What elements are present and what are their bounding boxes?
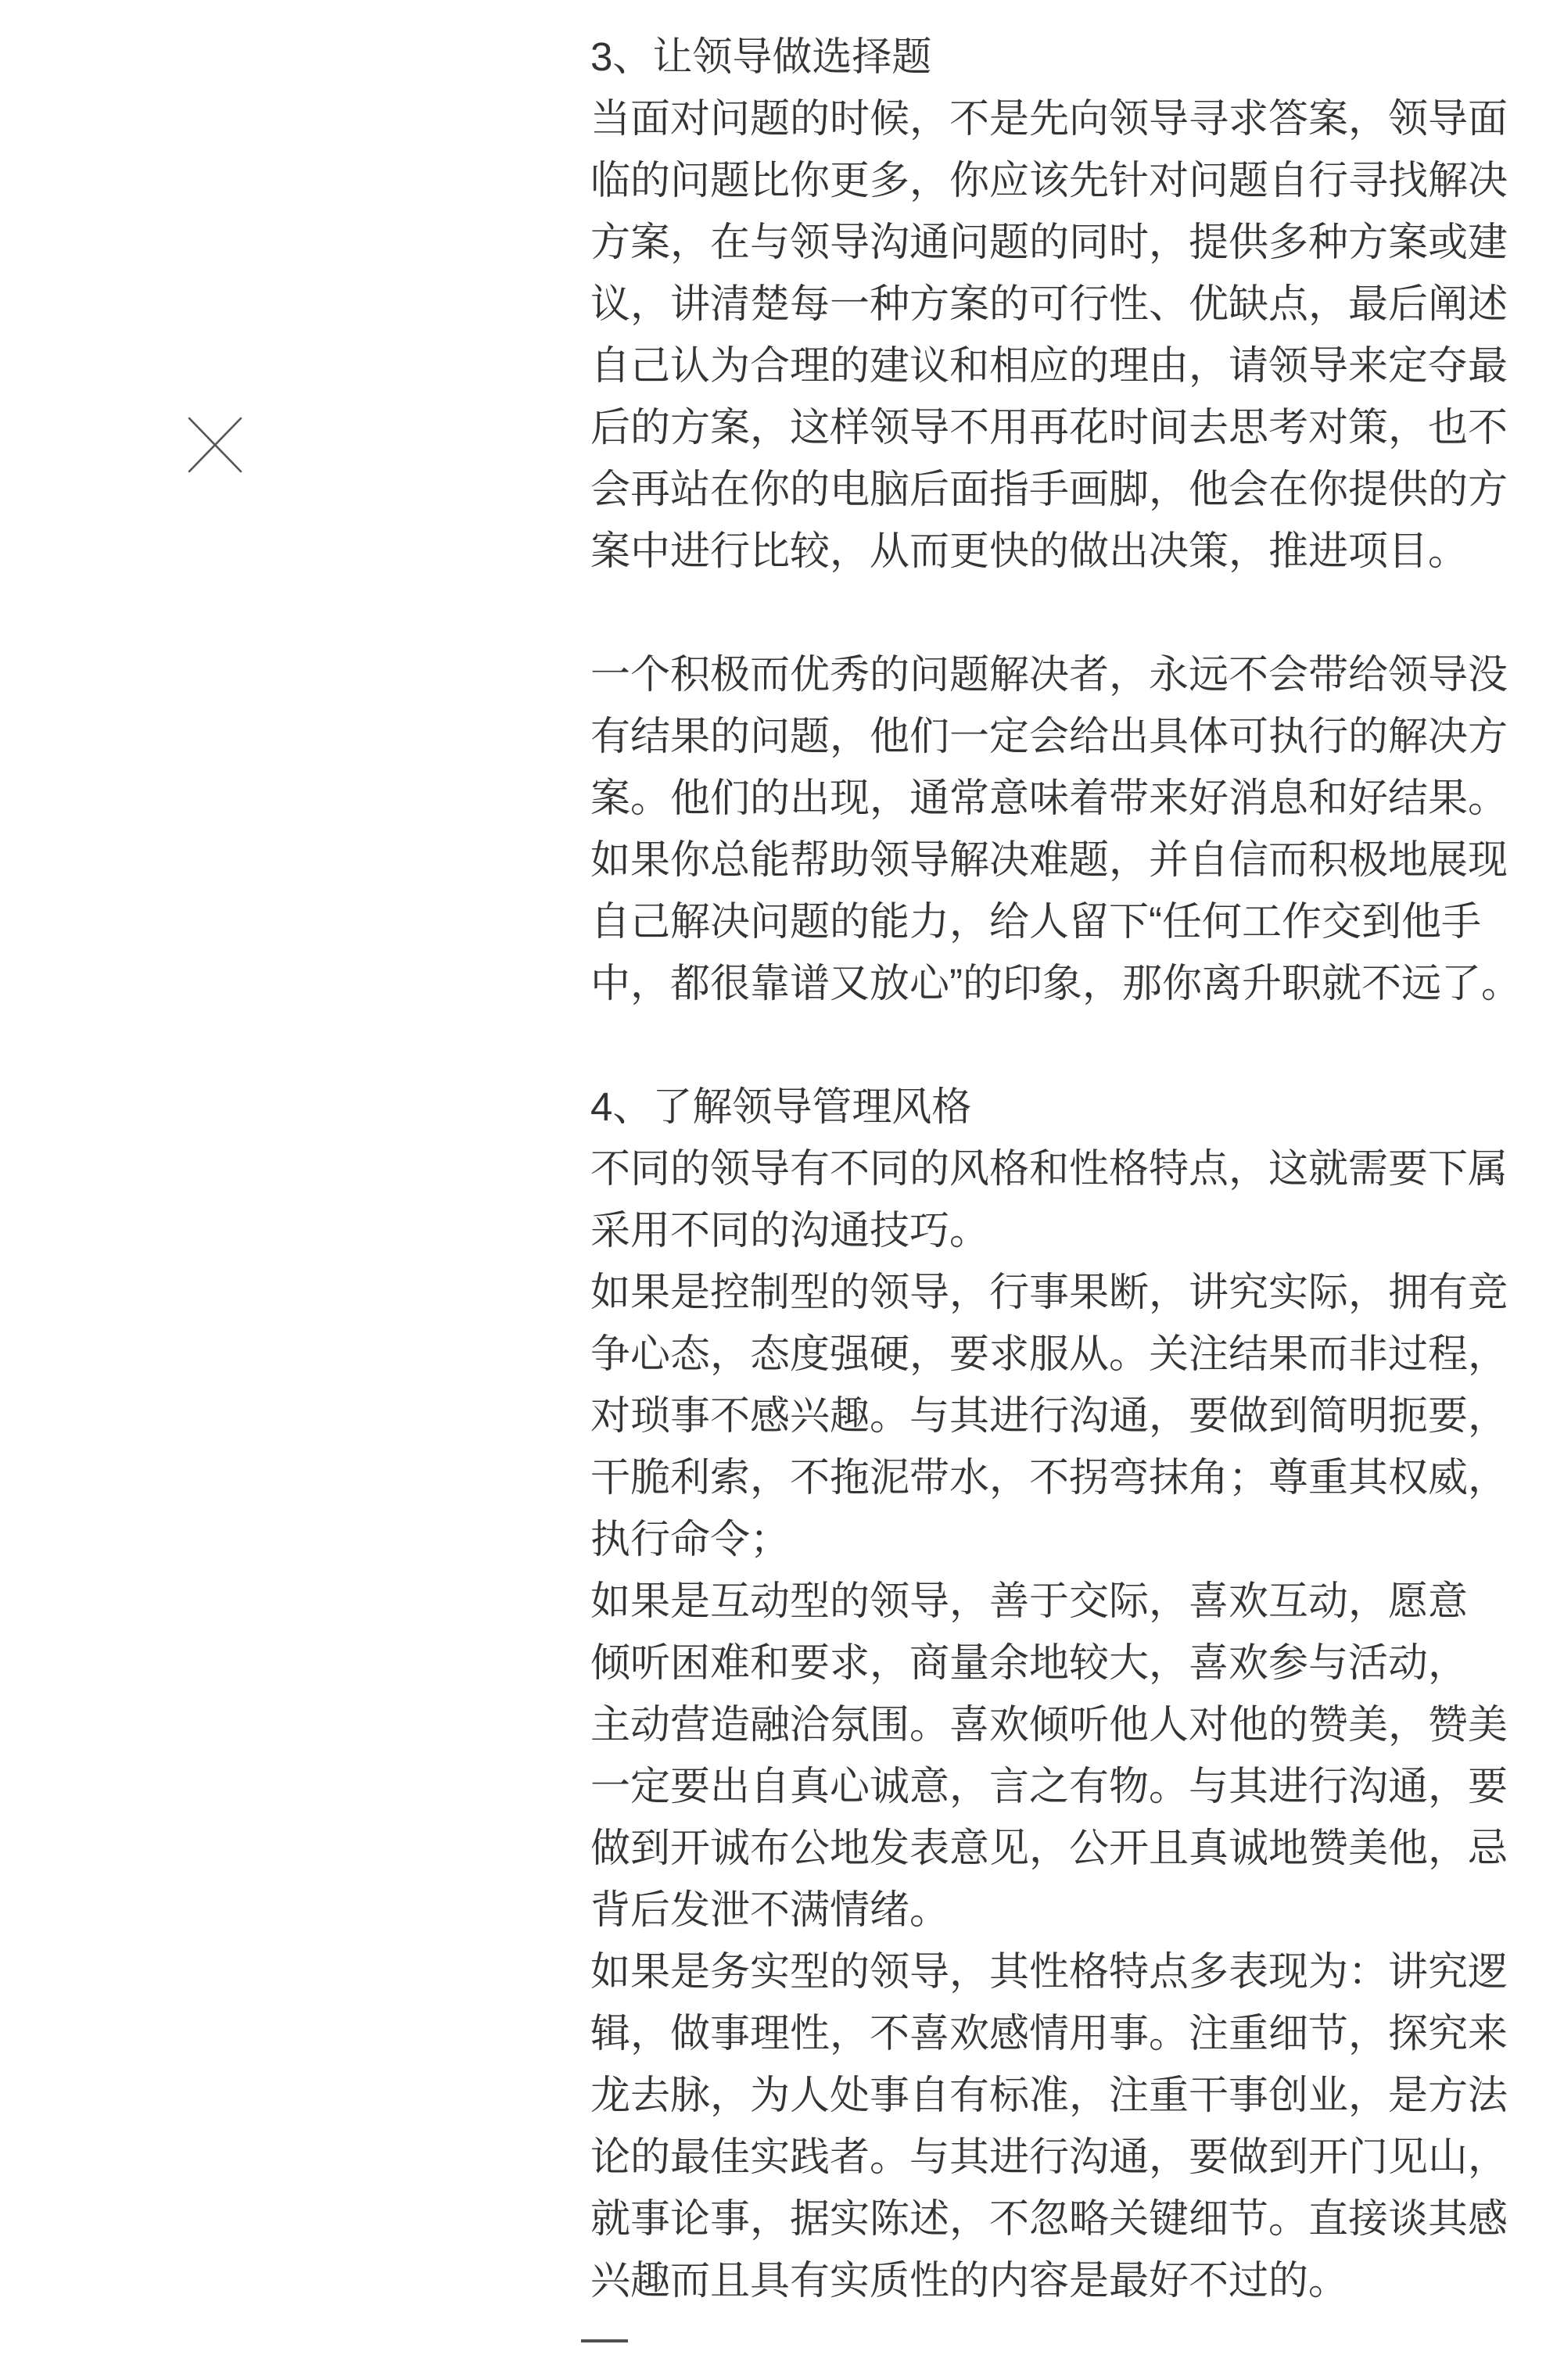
text-line: 辑，做事理性，不喜欢感情用事。注重细节，探究来 (590, 2002, 1521, 2064)
paragraph-gap (590, 1014, 1521, 1076)
text-line: 背后发泄不满情绪。 (590, 1879, 1521, 1941)
text-line: 议，讲清楚每一种方案的可行性、优缺点，最后阐述 (590, 273, 1521, 335)
text-line: 案中进行比较，从而更快的做出决策，推进项目。 (590, 520, 1521, 582)
text-line: 会再站在你的电脑后面指手画脚，他会在你提供的方 (590, 458, 1521, 520)
text-line: 临的问题比你更多，你应该先针对问题自行寻找解决 (590, 149, 1521, 211)
text-line: 干脆利索，不拖泥带水，不拐弯抹角；尊重其权威， (590, 1446, 1521, 1508)
text-line: 自己认为合理的建议和相应的理由，请领导来定夺最 (590, 335, 1521, 396)
text-line: 当面对问题的时候，不是先向领导寻求答案，领导面 (590, 88, 1521, 149)
text-line: 兴趣而且具有实质性的内容是最好不过的。 (590, 2249, 1521, 2311)
text-line: 倾听困难和要求，商量余地较大，喜欢参与活动， (590, 1632, 1521, 1694)
text-line: 就事论事，据实陈述，不忽略关键细节。直接谈其感 (590, 2188, 1521, 2249)
close-icon (188, 417, 242, 473)
text-line: 采用不同的沟通技巧。 (590, 1199, 1521, 1261)
bottom-divider-row (590, 2311, 1521, 2373)
text-line: 如果是互动型的领导，善于交际，喜欢互动，愿意 (590, 1570, 1521, 1632)
text-line: 后的方案，这样领导不用再花时间去思考对策，也不 (590, 396, 1521, 458)
text-line: 有结果的问题，他们一定会给出具体可执行的解决方 (590, 705, 1521, 767)
text-line: 一定要出自真心诚意，言之有物。与其进行沟通，要 (590, 1755, 1521, 1817)
text-line: 争心态，态度强硬，要求服从。关注结果而非过程， (590, 1323, 1521, 1385)
close-button[interactable] (188, 417, 242, 473)
text-line: 一个积极而优秀的问题解决者，永远不会带给领导没 (590, 643, 1521, 705)
text-line: 执行命令； (590, 1508, 1521, 1570)
text-line: 不同的领导有不同的风格和性格特点，这就需要下属 (590, 1138, 1521, 1199)
section-heading: 3、让领导做选择题 (590, 26, 1521, 88)
text-line: 对琐事不感兴趣。与其进行沟通，要做到简明扼要， (590, 1385, 1521, 1446)
text-line: 龙去脉，为人处事自有标准，注重干事创业，是方法 (590, 2064, 1521, 2126)
text-line: 案。他们的出现，通常意味着带来好消息和好结果。 (590, 767, 1521, 829)
text-line: 如果你总能帮助领导解决难题，并自信而积极地展现 (590, 829, 1521, 891)
section-heading: 4、了解领导管理风格 (590, 1076, 1521, 1138)
text-line: 如果是控制型的领导，行事果断，讲究实际，拥有竞 (590, 1261, 1521, 1323)
document-page: 3、让领导做选择题当面对问题的时候，不是先向领导寻求答案，领导面临的问题比你更多… (0, 0, 1564, 2380)
text-line: 方案，在与领导沟通问题的同时，提供多种方案或建 (590, 211, 1521, 273)
paragraph-gap (590, 582, 1521, 643)
text-line: 如果是务实型的领导，其性格特点多表现为：讲究逻 (590, 1941, 1521, 2002)
text-line: 自己解决问题的能力，给人留下“任何工作交到他手 (590, 891, 1521, 952)
text-line: 中，都很靠谱又放心”的印象，那你离升职就不远了。 (590, 952, 1521, 1014)
article-body: 3、让领导做选择题当面对问题的时候，不是先向领导寻求答案，领导面临的问题比你更多… (590, 26, 1521, 2373)
divider-line (581, 2339, 628, 2342)
text-line: 做到开诚布公地发表意见，公开且真诚地赞美他，忌 (590, 1817, 1521, 1879)
text-line: 主动营造融洽氛围。喜欢倾听他人对他的赞美，赞美 (590, 1694, 1521, 1755)
text-line: 论的最佳实践者。与其进行沟通，要做到开门见山， (590, 2126, 1521, 2188)
